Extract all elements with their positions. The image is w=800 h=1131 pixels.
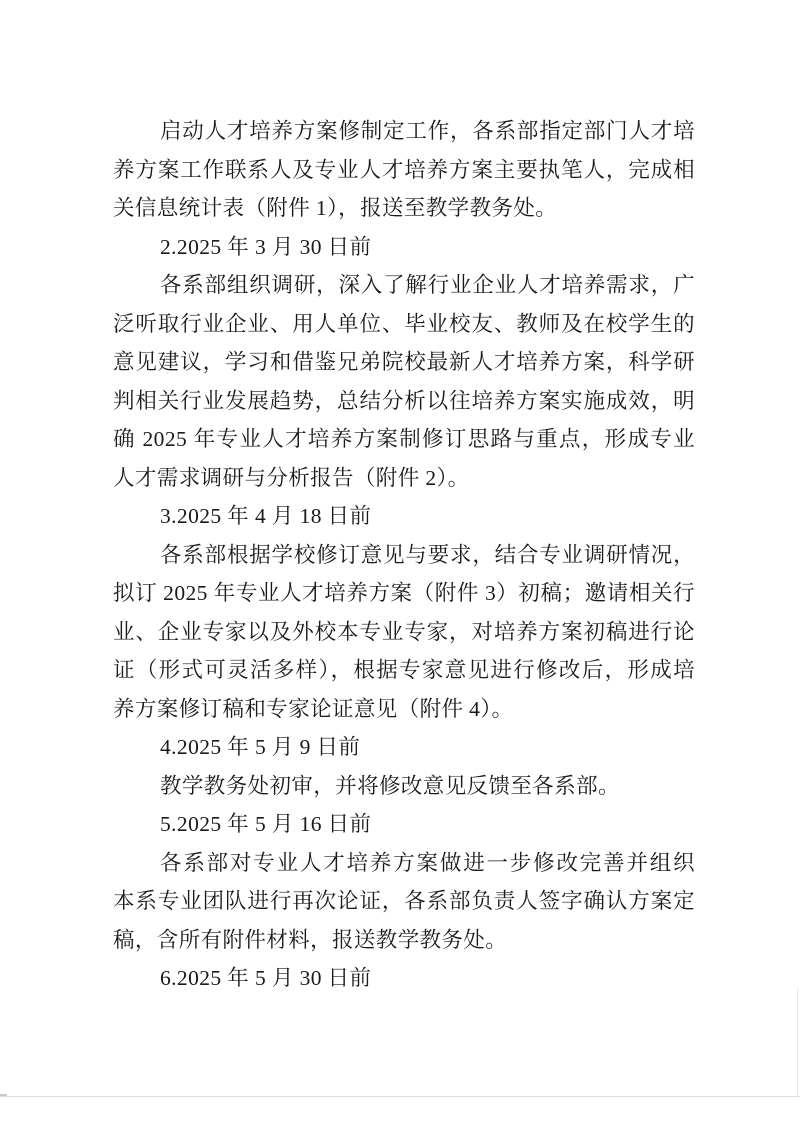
text-line-date-item: 4.2025 年 5 月 9 日前 (113, 728, 695, 767)
page-edge-line-bottom (0, 1096, 800, 1097)
text-line: 确 2025 年专业人才培养方案制修订思路与重点，形成专业 (113, 420, 695, 459)
page-edge-line-right (797, 988, 798, 1097)
document-text: 启动人才培养方案修制定工作，各系部指定部门人才培 养方案工作联系人及专业人才培养… (113, 112, 695, 998)
text-line-date-item: 5.2025 年 5 月 16 日前 (113, 805, 695, 844)
text-line: 各系部组织调研，深入了解行业企业人才培养需求，广 (113, 266, 695, 305)
text-line: 证（形式可灵活多样），根据专家意见进行修改后，形成培 (113, 651, 695, 690)
text-line-date-item: 6.2025 年 5 月 30 日前 (113, 959, 695, 998)
text-line: 拟订 2025 年专业人才培养方案（附件 3）初稿；邀请相关行 (113, 574, 695, 613)
text-line: 本系专业团队进行再次论证，各系部负责人签字确认方案定 (113, 882, 695, 921)
text-line: 养方案工作联系人及专业人才培养方案主要执笔人，完成相 (113, 151, 695, 190)
text-line: 教学教务处初审，并将修改意见反馈至各系部。 (113, 767, 695, 806)
text-line: 意见建议，学习和借鉴兄弟院校最新人才培养方案，科学研 (113, 343, 695, 382)
text-line: 启动人才培养方案修制定工作，各系部指定部门人才培 (113, 112, 695, 151)
text-line: 各系部对专业人才培养方案做进一步修改完善并组织 (113, 844, 695, 883)
text-line: 养方案修订稿和专家论证意见（附件 4）。 (113, 690, 695, 729)
text-line: 判相关行业发展趋势，总结分析以往培养方案实施成效，明 (113, 382, 695, 421)
text-line: 关信息统计表（附件 1），报送至教学教务处。 (113, 189, 695, 228)
text-line-date-item: 2.2025 年 3 月 30 日前 (113, 228, 695, 267)
text-line: 各系部根据学校修订意见与要求，结合专业调研情况， (113, 536, 695, 575)
text-line: 泛听取行业企业、用人单位、毕业校友、教师及在校学生的 (113, 305, 695, 344)
text-line: 稿，含所有附件材料，报送教学教务处。 (113, 921, 695, 960)
text-line-date-item: 3.2025 年 4 月 18 日前 (113, 497, 695, 536)
text-line: 业、企业专家以及外校本专业专家，对培养方案初稿进行论 (113, 613, 695, 652)
document-page: 启动人才培养方案修制定工作，各系部指定部门人才培 养方案工作联系人及专业人才培养… (0, 0, 800, 1131)
text-line: 人才需求调研与分析报告（附件 2）。 (113, 459, 695, 498)
